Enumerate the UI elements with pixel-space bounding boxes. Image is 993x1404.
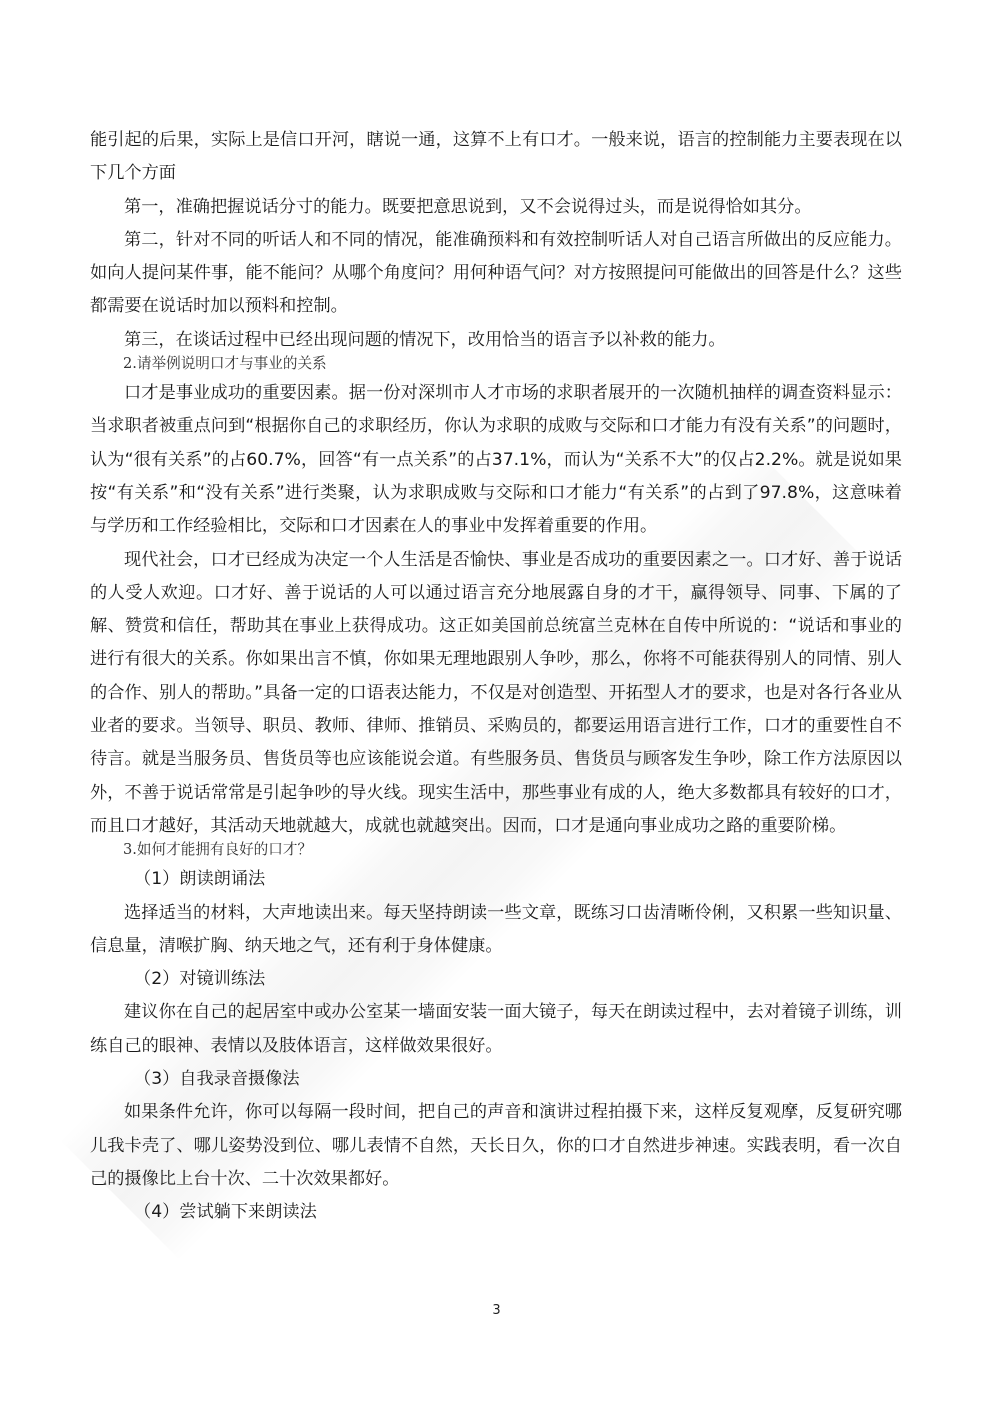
method-heading-4: （4）尝试躺下来朗读法 [90,1196,902,1229]
page-content: 能引起的后果，实际上是信口开河，瞎说一通，这算不上有口才。一般来说，语言的控制能… [90,124,902,1230]
paragraph-method-1: 选择适当的材料，大声地读出来。每天坚持朗读一些文章，既练习口齿清晰伶俐，又积累一… [90,897,902,964]
paragraph-point-two: 第二，针对不同的听话人和不同的情况，能准确预料和有效控制听话人对自己语言所做出的… [90,224,902,324]
paragraph-point-one: 第一，准确把握说话分寸的能力。既要把意思说到，又不会说得过头，而是说得恰如其分。 [90,191,902,224]
paragraph-continuation: 能引起的后果，实际上是信口开河，瞎说一通，这算不上有口才。一般来说，语言的控制能… [90,124,902,191]
method-heading-3: （3）自我录音摄像法 [90,1063,902,1096]
paragraph-method-3: 如果条件允许，你可以每隔一段时间，把自己的声音和演讲过程拍摄下来，这样反复观摩，… [90,1096,902,1196]
page-number: 3 [0,1303,993,1318]
paragraph-method-2: 建议你在自己的起居室中或办公室某一墙面安装一面大镜子，每天在朗读过程中，去对着镜… [90,996,902,1063]
paragraph-modern-society: 现代社会，口才已经成为决定一个人生活是否愉快、事业是否成功的重要因素之一。口才好… [90,544,902,844]
document-page: 能引起的后果，实际上是信口开河，瞎说一通，这算不上有口才。一般来说，语言的控制能… [0,0,993,1404]
paragraph-survey: 口才是事业成功的重要因素。据一份对深圳市人才市场的求职者展开的一次随机抽样的调查… [90,377,902,543]
method-heading-2: （2）对镜训练法 [90,963,902,996]
method-heading-1: （1）朗读朗诵法 [90,863,902,896]
